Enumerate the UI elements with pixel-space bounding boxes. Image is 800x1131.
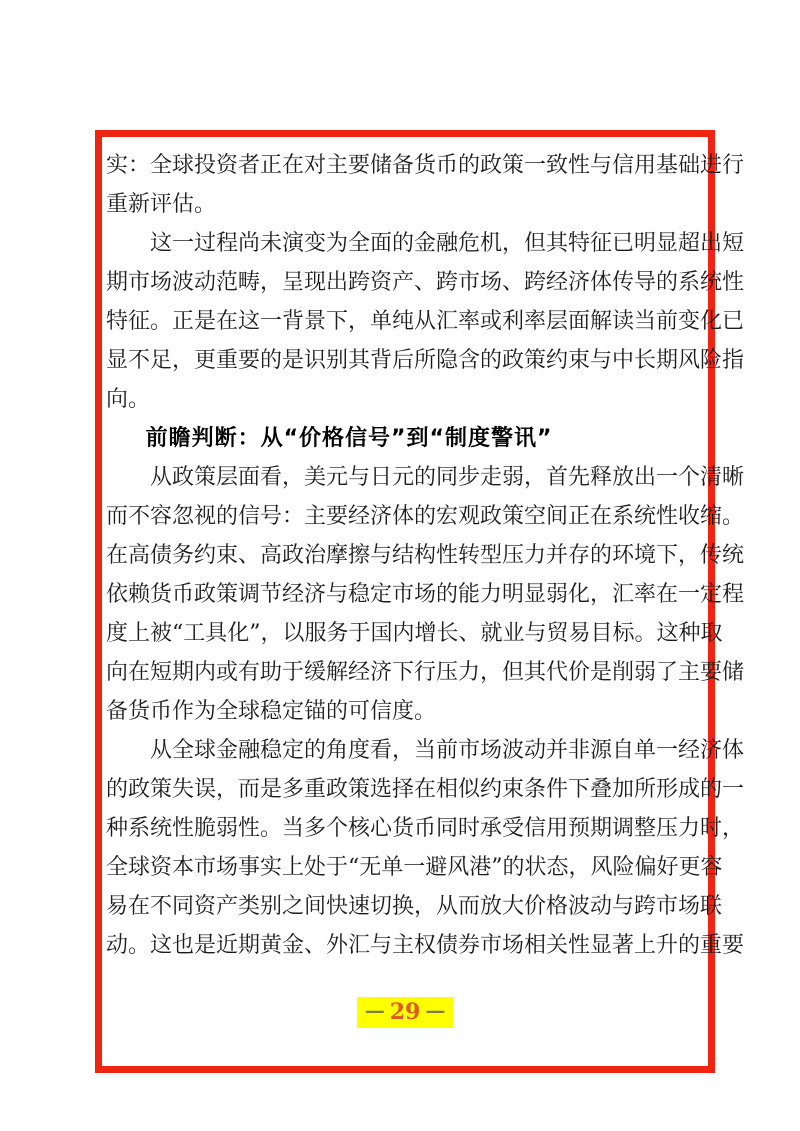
body-line: 度上被“工具化”，以服务于国内增长、就业与贸易目标。这种取 — [106, 614, 703, 653]
body-line: 向在短期内或有助于缓解经济下行压力，但其代价是削弱了主要储 — [106, 653, 703, 692]
body-line: 依赖货币政策调节经济与稳定市场的能力明显弱化，汇率在一定程 — [106, 575, 703, 614]
body-line: 动。这也是近期黄金、外汇与主权债券市场相关性显著上升的重要 — [106, 926, 703, 965]
red-border-frame: 实：全球投资者正在对主要储备货币的政策一致性与信用基础进行 重新评估。 这一过程… — [95, 130, 715, 1073]
body-line: 从全球金融稳定的角度看，当前市场波动并非源自单一经济体 — [106, 731, 703, 770]
body-line: 全球资本市场事实上处于“无单一避风港”的状态，风险偏好更容 — [106, 848, 703, 887]
body-line: 显不足，更重要的是识别其背后所隐含的政策约束与中长期风险指 — [106, 341, 703, 380]
text-block: 实：全球投资者正在对主要储备货币的政策一致性与信用基础进行 重新评估。 这一过程… — [102, 137, 708, 965]
body-line: 而不容忽视的信号：主要经济体的宏观政策空间正在系统性收缩。 — [106, 497, 703, 536]
footer-dash-left: — — [365, 998, 385, 1022]
page-number-highlight: —29— — [357, 997, 454, 1028]
body-line: 种系统性脆弱性。当多个核心货币同时承受信用预期调整压力时， — [106, 809, 703, 848]
footer-dash-right: — — [425, 998, 445, 1022]
page-footer: —29— — [102, 997, 708, 1028]
body-line: 实：全球投资者正在对主要储备货币的政策一致性与信用基础进行 — [106, 146, 703, 185]
body-line: 在高债务约束、高政治摩擦与结构性转型压力并存的环境下，传统 — [106, 536, 703, 575]
document-body: { "colors": { "frame_red": "#ee2512", "h… — [0, 0, 800, 1131]
page-number: 29 — [385, 999, 426, 1025]
body-line: 向。 — [106, 380, 703, 419]
section-heading: 前瞻判断：从“价格信号”到“制度警讯” — [106, 419, 703, 458]
body-line: 备货币作为全球稳定锚的可信度。 — [106, 692, 703, 731]
document-page: 实：全球投资者正在对主要储备货币的政策一致性与信用基础进行 重新评估。 这一过程… — [0, 0, 800, 1131]
body-line: 的政策失误，而是多重政策选择在相似约束条件下叠加所形成的一 — [106, 770, 703, 809]
body-line: 特征。正是在这一背景下，单纯从汇率或利率层面解读当前变化已 — [106, 302, 703, 341]
body-line: 重新评估。 — [106, 185, 703, 224]
body-line: 易在不同资产类别之间快速切换，从而放大价格波动与跨市场联 — [106, 887, 703, 926]
body-line: 从政策层面看，美元与日元的同步走弱，首先释放出一个清晰 — [106, 458, 703, 497]
body-line: 这一过程尚未演变为全面的金融危机，但其特征已明显超出短 — [106, 224, 703, 263]
body-line: 期市场波动范畴，呈现出跨资产、跨市场、跨经济体传导的系统性 — [106, 263, 703, 302]
